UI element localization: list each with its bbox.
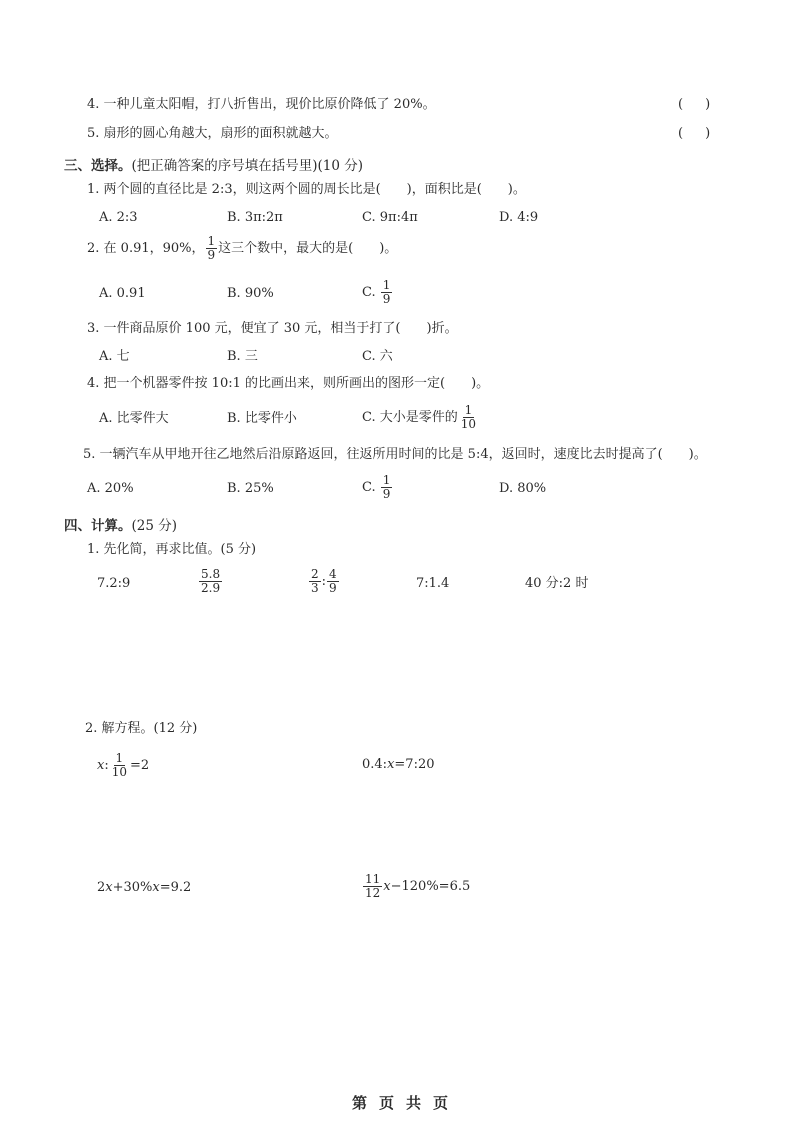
answer-blank[interactable]: () <box>678 97 710 113</box>
option-label: C. <box>362 480 376 495</box>
section-heading-choice: 三、选择。(把正确答案的序号填在括号里)(10 分) <box>64 154 363 174</box>
frac-den: 9 <box>381 293 393 306</box>
fraction: 5.82.9 <box>199 568 222 595</box>
footer-text: 页 <box>433 1094 450 1112</box>
equation-4: 1112x−120%=6.5 <box>362 873 470 900</box>
ratio-colon: : <box>104 758 108 773</box>
option-b[interactable]: B. 90% <box>227 286 274 302</box>
frac-num: 4 <box>327 568 339 582</box>
section-heading-calc: 四、计算。(25 分) <box>64 514 177 534</box>
option-a[interactable]: A. 0.91 <box>99 286 146 302</box>
ratio-item-c: 23:49 <box>308 568 340 595</box>
ratio-item-d: 7:1.4 <box>416 576 449 592</box>
variable: x <box>383 879 390 894</box>
frac-num: 1 <box>114 752 126 766</box>
frac-den: 9 <box>381 488 393 501</box>
option-c[interactable]: C. 19 <box>362 474 393 501</box>
option-b[interactable]: B. 比零件小 <box>227 411 297 427</box>
option-label: C. 大小是零件的 <box>362 410 458 425</box>
choice-question-2: 2. 在 0.91，90%，19这三个数中，最大的是( )。 <box>87 235 397 262</box>
option-b[interactable]: B. 三 <box>227 349 258 365</box>
item-number: 4. <box>87 97 99 112</box>
ratio-item-a: 7.2:9 <box>97 576 130 592</box>
choice-question-3: 3. 一件商品原价 100 元，便宜了 30 元，相当于打了( )折。 <box>87 321 458 337</box>
option-c[interactable]: C. 19 <box>362 279 393 306</box>
tf-item-4: 4. 一种儿童太阳帽，打八折售出，现价比原价降低了 20%。 <box>87 97 436 113</box>
frac-den: 12 <box>363 887 382 900</box>
option-a[interactable]: A. 2:3 <box>99 210 138 226</box>
option-c[interactable]: C. 9π:4π <box>362 210 418 226</box>
fraction: 23 <box>309 568 321 595</box>
frac-num: 1 <box>381 279 393 293</box>
option-a[interactable]: A. 比零件大 <box>99 411 169 427</box>
option-d[interactable]: D. 80% <box>499 481 546 497</box>
ratio-colon: : <box>322 574 326 589</box>
stem-suffix: 这三个数中，最大的是( )。 <box>218 241 397 256</box>
ratio-item-e: 40 分:2 时 <box>525 576 588 592</box>
choice-question-4: 4. 把一个机器零件按 10:1 的比画出来，则所画出的图形一定( )。 <box>87 376 489 392</box>
option-a[interactable]: A. 20% <box>87 481 134 497</box>
frac-den: 10 <box>459 418 478 431</box>
footer-text: 共 <box>406 1094 423 1112</box>
frac-den: 10 <box>110 766 129 779</box>
fraction: 19 <box>206 235 218 262</box>
fraction: 19 <box>381 279 393 306</box>
item-number: 5. <box>87 126 99 141</box>
item-text: 扇形的圆心角越大，扇形的面积就越大。 <box>104 126 338 141</box>
equation-rest: =9.2 <box>160 880 192 895</box>
fraction: 49 <box>327 568 339 595</box>
equation-2: 0.4:x=7:20 <box>362 757 435 773</box>
paren-left: ( <box>678 126 683 141</box>
frac-den: 3 <box>309 582 321 595</box>
option-a[interactable]: A. 七 <box>99 349 130 365</box>
section-note: (把正确答案的序号填在括号里)(10 分) <box>132 158 364 174</box>
fraction: 110 <box>110 752 129 779</box>
stem-prefix: 2. 在 0.91，90%， <box>87 241 205 256</box>
frac-num: 5.8 <box>199 568 222 582</box>
variable: x <box>152 880 159 895</box>
option-c[interactable]: C. 大小是零件的110 <box>362 404 479 431</box>
frac-den: 2.9 <box>199 582 222 595</box>
option-d[interactable]: D. 4:9 <box>499 210 538 226</box>
option-b[interactable]: B. 25% <box>227 481 274 497</box>
equation-mid: +30% <box>113 880 153 895</box>
frac-num: 2 <box>309 568 321 582</box>
frac-den: 9 <box>327 582 339 595</box>
frac-den: 9 <box>206 249 218 262</box>
choice-question-5: 5. 一辆汽车从甲地开往乙地然后沿原路返回，往返所用时间的比是 5:4，返回时，… <box>83 447 707 463</box>
frac-num: 1 <box>381 474 393 488</box>
choice-question-1: 1. 两个圆的直径比是 2:3，则这两个圆的周长比是( )，面积比是( )。 <box>87 182 526 198</box>
footer-text: 页 <box>379 1094 396 1112</box>
section-note: (25 分) <box>132 518 178 534</box>
paren-right: ) <box>705 97 710 112</box>
frac-num: 1 <box>206 235 218 249</box>
footer-text: 第 <box>352 1094 369 1112</box>
paren-right: ) <box>705 126 710 141</box>
fraction: 19 <box>381 474 393 501</box>
frac-num: 1 <box>463 404 475 418</box>
page-footer: 第页共页 <box>352 1092 460 1113</box>
equation-prefix: 0.4: <box>362 757 387 772</box>
fraction: 1112 <box>363 873 382 900</box>
equation-3: 2x+30%x=9.2 <box>97 880 191 896</box>
tf-item-5: 5. 扇形的圆心角越大，扇形的面积就越大。 <box>87 126 338 142</box>
paren-left: ( <box>678 97 683 112</box>
answer-blank[interactable]: () <box>678 126 710 142</box>
ratio-item-b: 5.82.9 <box>198 568 223 595</box>
variable: x <box>105 880 112 895</box>
option-c[interactable]: C. 六 <box>362 349 393 365</box>
fraction: 110 <box>459 404 478 431</box>
equation-rest: =7:20 <box>394 757 434 772</box>
equation-1: x:110=2 <box>97 752 149 779</box>
calc-part-1-title: 1. 先化简，再求比值。(5 分) <box>87 542 256 558</box>
equation-rest: −120%=6.5 <box>391 879 471 894</box>
frac-num: 11 <box>363 873 382 887</box>
option-label: C. <box>362 285 376 300</box>
section-title: 三、选择。 <box>64 158 132 174</box>
calc-part-2-title: 2. 解方程。(12 分) <box>85 721 197 737</box>
item-text: 一种儿童太阳帽，打八折售出，现价比原价降低了 20%。 <box>104 97 436 112</box>
section-title: 四、计算。 <box>64 518 132 534</box>
equation-rest: =2 <box>130 758 149 773</box>
option-b[interactable]: B. 3π:2π <box>227 210 283 226</box>
